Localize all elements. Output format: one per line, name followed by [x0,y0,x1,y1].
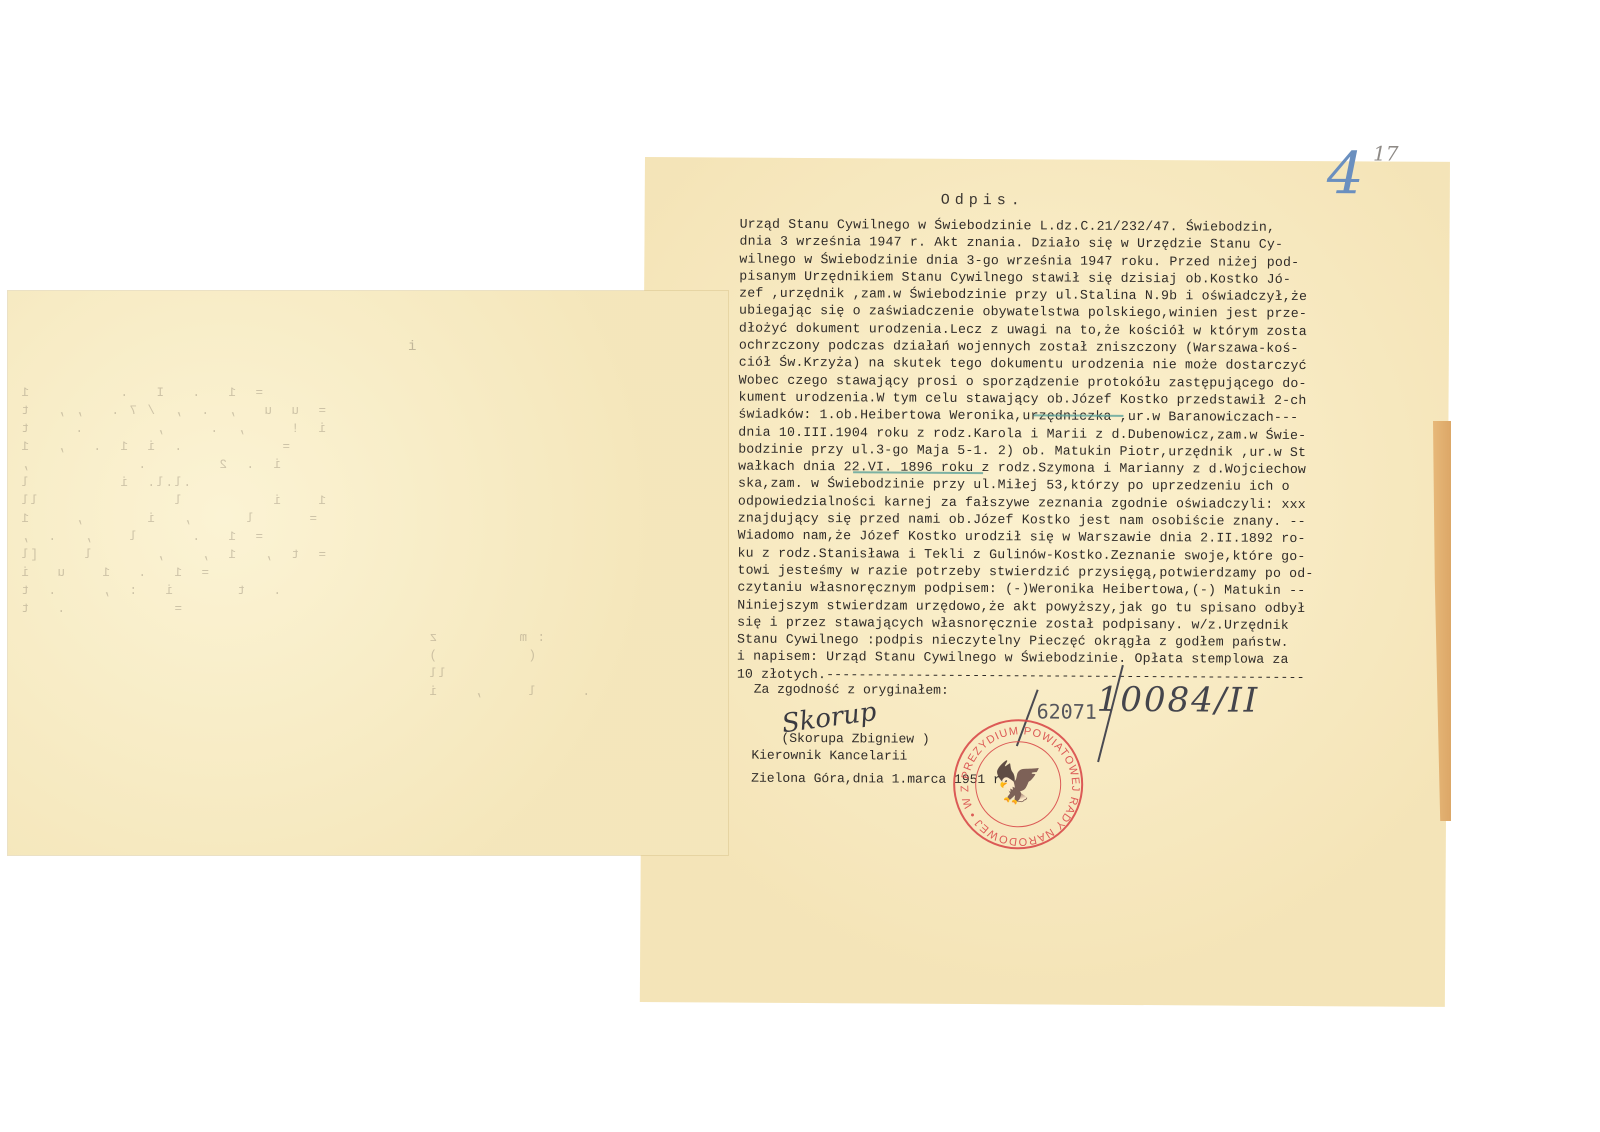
ghost-text-line: = l , i , 1 [20,512,317,526]
signer-name: (Skorupa Zbigniew ) [781,731,929,747]
official-round-stamp: PREZYDIUM POWIATOWEJ RADY NARODOWEJ • W … [953,719,1084,850]
ghost-text-line: 1 i l ll [20,494,326,508]
ghost-text-line: = t , 1 , , l [l [20,548,326,562]
ghost-text-line: = 1 . I . 1 [20,386,263,400]
ghost-text-line: = . i 1 . , 1 [20,440,290,454]
stamp-inner-ring: 🦅 [975,741,1062,828]
stamped-reference-number: 62071 [1037,699,1097,723]
ghost-footer-line: ( ) [428,649,536,663]
ghost-text-line: = 1 . 1 u i [20,566,209,580]
certified-copy-document: 4 17 Odpis. Urząd Stanu Cywilnego w Świe… [640,157,1450,1007]
ghost-text-line: = . t [20,602,182,616]
certification-line: Za zgodność z oryginałem: [754,682,949,698]
ghost-footer-line: . l , i [428,685,590,699]
pencil-folio-number: 17 [1373,141,1399,165]
ghost-text-line: . t i : , . t [20,584,308,598]
blue-pencil-page-number: 4 [1327,139,1364,207]
ghost-text-line: i . 2 . , [20,458,308,472]
ghost-footer-line: ll [428,667,446,681]
signer-title: Kierownik Kancelarii [751,748,907,764]
handwritten-reference-number: 10084/II [1097,680,1260,721]
ghost-text-line: = 1 . l , . , [20,530,263,544]
document-body: Urząd Stanu Cywilnego w Świebodzinie L.d… [737,216,1440,687]
document-title: Odpis. [941,192,1025,210]
ghost-footer-line: : m z [428,631,545,645]
eagle-emblem-icon: 🦅 [993,759,1043,809]
ghost-text-line: i ! , . , . t [20,422,326,436]
reverse-side-sheet: i = 1 . I . 1= u u , . , / 7 . , , ti ! … [8,291,728,855]
ghost-text-line: .l.l. i l [20,476,308,490]
ghost-text-line: = u u , . , / 7 . , , t [20,404,326,418]
ghost-heading: i [408,339,416,355]
